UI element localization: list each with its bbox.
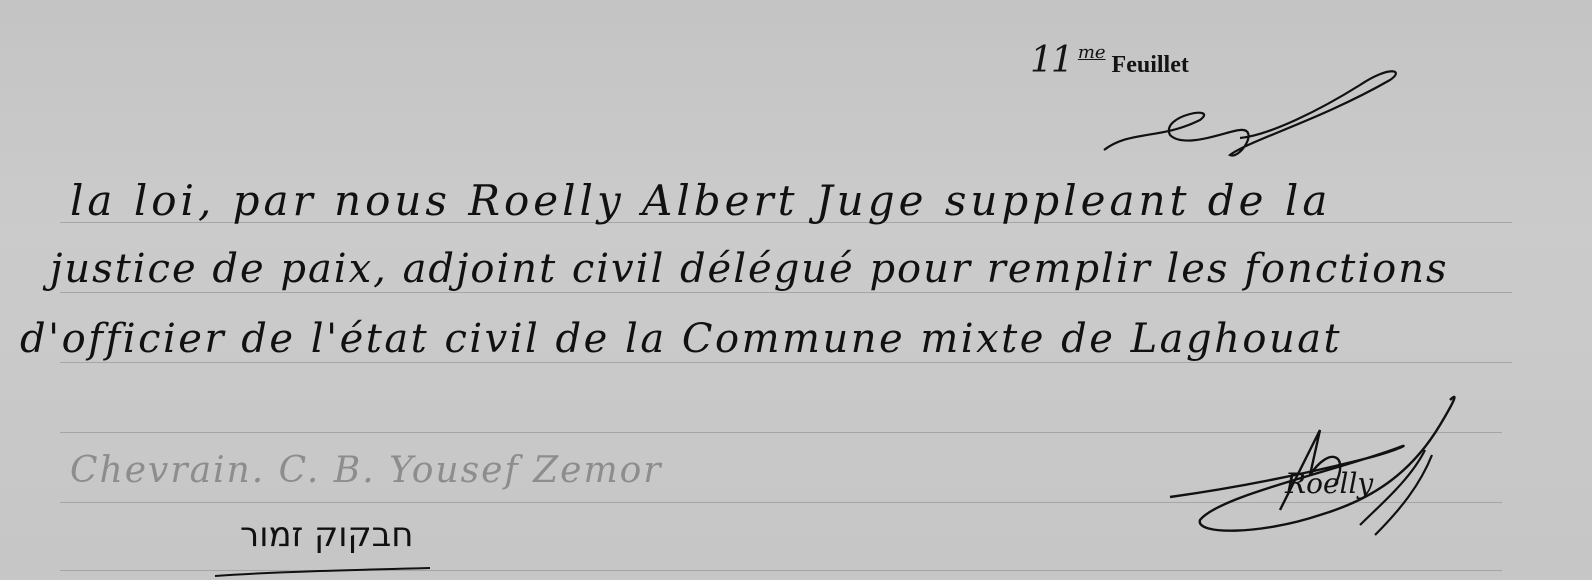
body-line-1: la loi, par nous Roelly Albert Juge supp… bbox=[70, 176, 1331, 225]
register-page: 11 me Feuillet la loi, par nous Roelly A… bbox=[0, 0, 1592, 580]
signature-text: Roelly bbox=[1284, 467, 1374, 500]
sheet-number: 11 bbox=[1030, 40, 1072, 81]
hebrew-note: חבקוק זמור bbox=[240, 515, 414, 555]
body-line-2: justice de paix, adjoint civil délégué p… bbox=[50, 246, 1448, 292]
pencil-note: Chevrain. C. B. Yousef Zemor bbox=[70, 450, 663, 491]
paraph-flourish-icon bbox=[1090, 60, 1410, 170]
signature-roelly-icon: Roelly bbox=[1160, 385, 1480, 555]
body-line-3: d'officier de l'état civil de la Commune… bbox=[20, 316, 1342, 362]
ruled-line bbox=[60, 292, 1512, 293]
underline-stroke-icon bbox=[210, 560, 440, 580]
ruled-line bbox=[60, 362, 1512, 363]
